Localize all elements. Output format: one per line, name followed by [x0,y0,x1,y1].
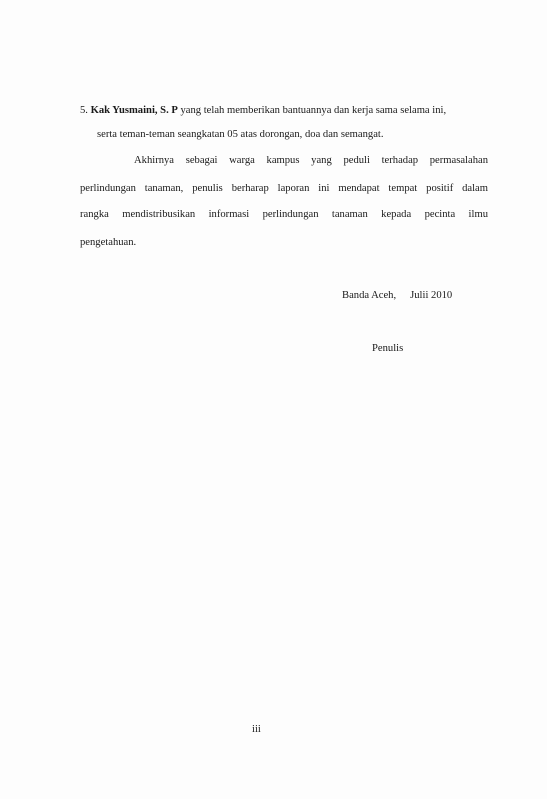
document-page: 5. Kak Yusmaini, S. P yang telah memberi… [0,0,547,799]
list-item-text: yang telah memberikan bantuannya dan ker… [178,105,446,116]
signature: Penulis [372,343,403,354]
list-item-5-line1: 5. Kak Yusmaini, S. P yang telah memberi… [80,105,446,116]
list-item-5-line2: serta teman-teman seangkatan 05 atas dor… [97,129,384,140]
paragraph-line-2: perlindungan tanaman, penulis berharap l… [80,183,488,194]
paragraph-line-3: rangka mendistribusikan informasi perlin… [80,209,488,220]
closing-place-date: Banda Aceh,Julii 2010 [342,290,452,301]
list-item-name: Kak Yusmaini, S. P [91,105,178,116]
closing-date: Julii 2010 [410,290,452,301]
page-number: iii [252,724,261,735]
closing-place: Banda Aceh, [342,290,396,301]
paragraph-line-4: pengetahuan. [80,237,136,248]
paragraph-line-1: Akhirnya sebagai warga kampus yang pedul… [134,155,488,166]
list-number: 5. [80,105,88,116]
